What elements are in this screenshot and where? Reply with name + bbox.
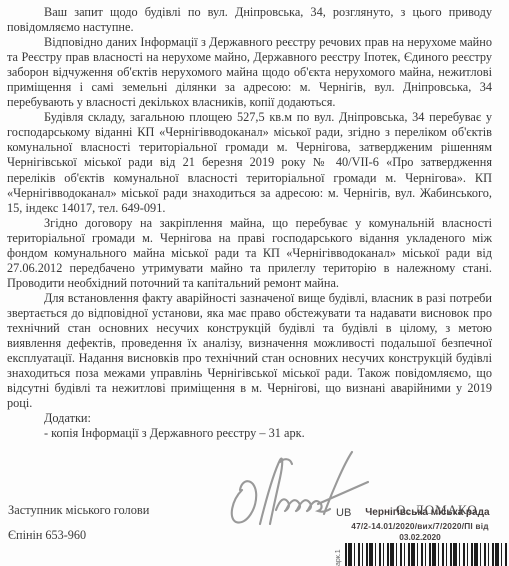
barcode	[345, 543, 507, 566]
signer-title: Заступник міського голови	[8, 503, 149, 518]
attachments-label: Додатки:	[7, 411, 492, 426]
letter-body: Ваш запит щодо будівлі по вул. Дніпровсь…	[7, 5, 492, 441]
registration-stamp: UB Чернігівська міська рада 47/2-14.01/2…	[331, 507, 509, 542]
paragraph: Будівля складу, загальною площею 527,5 к…	[7, 110, 492, 215]
stamp-barcode-area: арк.1	[334, 543, 507, 566]
paragraph: Згідно договору на закріплення майна, що…	[7, 216, 492, 291]
attachment-item: - копія Інформації з Державного реєстру …	[7, 426, 492, 441]
stamp-reference: 47/2-14.01/2020/вих/7/2020/ПІ від	[331, 521, 509, 531]
stamp-prefix: UB	[336, 507, 351, 519]
paragraph: Відповідно даних Інформації з Державного…	[7, 35, 492, 110]
paragraph: Ваш запит щодо будівлі по вул. Дніпровсь…	[7, 5, 492, 35]
executor-contact: Єпінін 653-960	[8, 528, 86, 543]
barcode-sheet-label: арк.1	[334, 543, 343, 566]
paragraph: Для встановлення факту аварійності зазна…	[7, 291, 492, 411]
stamp-organization: Чернігівська міська рада	[365, 507, 489, 519]
stamp-date: 03.02.2020	[331, 532, 509, 542]
letter-page: Ваш запит щодо будівлі по вул. Дніпровсь…	[0, 0, 509, 566]
